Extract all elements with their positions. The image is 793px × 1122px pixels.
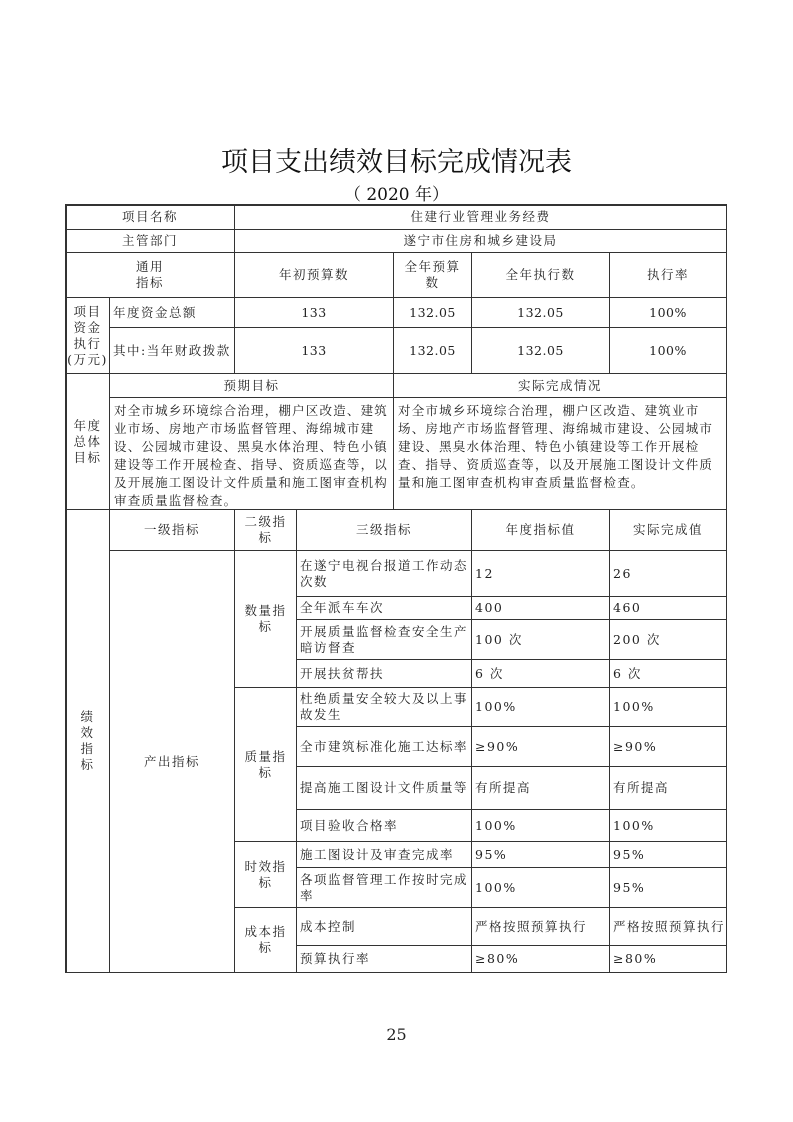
level3-indicator: 成本控制 [296,907,472,946]
level2-label: 质量指 标 [234,687,297,842]
expected-goal-text: 对全市城乡环境综合治理，棚户区改造、建筑业市场、房地产市场监督管理、海绵城市建设… [109,397,394,510]
actual-value: 100% [609,809,727,842]
department-value: 遂宁市住房和城乡建设局 [234,229,727,253]
level2-label-text: 数量指 标 [244,603,286,635]
funds-annual-budget-text: 132.05 [409,305,456,321]
level3-indicator: 全年派车车次 [296,596,472,620]
target-header-text: 年度指标值 [505,522,575,538]
funds-execution-rate: 100% [609,327,727,374]
target-value: ≥80% [471,945,610,973]
level3-header-text: 三级指标 [356,522,412,538]
actual-header-text: 实际完成值 [633,522,703,538]
level2-label: 成本指 标 [234,907,297,973]
level3-indicator: 项目验收合格率 [296,809,472,842]
level3-indicator: 预算执行率 [296,945,472,973]
target-value: 100% [471,687,610,727]
funds-initial-budget: 133 [234,297,394,328]
level3-indicator-text: 开展扶贫帮扶 [300,666,384,682]
target-value: 100% [471,867,610,908]
annual-execution-header-text: 全年执行数 [505,267,575,283]
actual-value: 100% [609,687,727,727]
target-value-text: 100% [475,699,517,715]
performance-table: 项目名称住建行业管理业务经费主管部门遂宁市住房和城乡建设局通用 指标年初预算数全… [66,205,727,973]
level1-output-label: 产出指标 [109,550,235,973]
project-name-value: 住建行业管理业务经费 [234,204,727,230]
target-value-text: 100% [475,880,517,896]
level3-indicator-text: 项目验收合格率 [300,818,398,834]
level3-indicator: 各项监督管理工作按时完成率 [296,867,472,908]
actual-value: 460 [609,596,727,620]
level2-label: 时效指 标 [234,841,297,908]
page-title: 项目支出绩效目标完成情况表 [0,140,793,179]
target-value-text: ≥80% [475,951,519,967]
level3-indicator: 开展质量监督检查安全生产暗访督查 [296,619,472,660]
execution-rate-header: 执行率 [609,252,727,298]
general-indicator-header: 通用 指标 [65,252,235,298]
actual-completion-header-text: 实际完成情况 [518,378,602,394]
annual-execution-header: 全年执行数 [471,252,610,298]
level3-indicator-text: 预算执行率 [300,951,370,967]
funds-row-label: 年度资金总额 [109,297,235,328]
expected-goal-header: 预期目标 [109,373,394,398]
funds-initial-budget-text: 133 [301,305,326,321]
level2-header: 二级指 标 [234,509,297,551]
actual-header: 实际完成值 [609,509,727,551]
funds-annual-budget: 132.05 [393,327,472,374]
expected-goal-text-text: 对全市城乡环境综合治理，棚户区改造、建筑业市场、房地产市场监督管理、海绵城市建设… [114,402,390,510]
level3-indicator: 全市建筑标准化施工达标率 [296,726,472,767]
department-label: 主管部门 [65,229,235,253]
actual-completion-text-text: 对全市城乡环境综合治理，棚户区改造、建筑业市场、房地产市场监督管理、海绵城市建设… [398,402,723,492]
funds-group-label-text: 项目 资金 执行 (万元) [67,304,108,368]
funds-annual-execution: 132.05 [471,297,610,328]
project-name-label-text: 项目名称 [122,209,178,225]
target-value-text: 400 [475,600,503,616]
project-name-value-text: 住建行业管理业务经费 [410,209,550,225]
funds-annual-execution-text: 132.05 [517,305,564,321]
target-value-text: 6 次 [475,666,504,682]
actual-value: 有所提高 [609,766,727,810]
level2-label-text: 成本指 标 [244,924,286,956]
target-value-text: 100% [475,818,517,834]
level3-indicator-text: 在遂宁电视台报道工作动态次数 [300,558,471,590]
actual-value: 6 次 [609,659,727,688]
funds-row-label: 其中:当年财政拨款 [109,327,235,374]
level3-indicator: 在遂宁电视台报道工作动态次数 [296,550,472,597]
level3-indicator: 提高施工图设计文件质量等 [296,766,472,810]
level2-header-text: 二级指 标 [244,514,286,546]
target-value-text: 有所提高 [475,780,531,796]
level3-indicator-text: 提高施工图设计文件质量等 [300,780,468,796]
target-header: 年度指标值 [471,509,610,551]
actual-value-text: 95% [613,880,645,896]
year-subtitle: （ 2020 年） [0,180,793,205]
level3-indicator: 施工图设计及审查完成率 [296,841,472,868]
target-value: ≥90% [471,726,610,767]
department-label-text: 主管部门 [122,233,178,249]
actual-value-text: 6 次 [613,666,642,682]
annual-budget-header: 全年预算 数 [393,252,472,298]
expected-goal-header-text: 预期目标 [223,378,279,394]
actual-value: 95% [609,867,727,908]
funds-initial-budget: 133 [234,327,394,374]
funds-execution-rate-text: 100% [649,343,687,359]
level1-output-label-text: 产出指标 [144,754,200,770]
level3-indicator-text: 开展质量监督检查安全生产暗访督查 [300,624,471,656]
actual-completion-text: 对全市城乡环境综合治理，棚户区改造、建筑业市场、房地产市场监督管理、海绵城市建设… [393,397,727,510]
actual-value-text: 200 次 [613,632,661,648]
performance-group-label-text: 绩 效 指 标 [80,709,94,773]
level2-label: 数量指 标 [234,550,297,688]
actual-value-text: 100% [613,699,655,715]
target-value: 6 次 [471,659,610,688]
level1-header-text: 一级指标 [144,522,200,538]
funds-annual-execution-text: 132.05 [517,343,564,359]
level3-indicator-text: 全市建筑标准化施工达标率 [300,739,468,755]
actual-value-text: ≥90% [613,739,657,755]
actual-value-text: ≥80% [613,951,657,967]
level1-header: 一级指标 [109,509,235,551]
level2-label-text: 时效指 标 [244,859,286,891]
funds-annual-budget-text: 132.05 [409,343,456,359]
actual-value: 95% [609,841,727,868]
target-value-text: 12 [475,566,494,582]
execution-rate-header-text: 执行率 [647,267,689,283]
level3-indicator: 杜绝质量安全较大及以上事故发生 [296,687,472,727]
target-value-text: 严格按照预算执行 [475,919,587,935]
general-indicator-header-text: 通用 指标 [136,259,164,291]
actual-value-text: 460 [613,600,641,616]
target-value-text: 95% [475,847,507,863]
target-value-text: 100 次 [475,632,523,648]
annual-budget-header-text: 全年预算 数 [404,259,460,291]
actual-value: ≥80% [609,945,727,973]
actual-value-text: 95% [613,847,645,863]
target-value: 严格按照预算执行 [471,907,610,946]
level3-indicator-text: 杜绝质量安全较大及以上事故发生 [300,691,471,723]
target-value: 有所提高 [471,766,610,810]
level2-label-text: 质量指 标 [244,749,286,781]
actual-value-text: 26 [613,566,632,582]
funds-annual-execution: 132.05 [471,327,610,374]
performance-group-label: 绩 效 指 标 [65,509,110,973]
level3-header: 三级指标 [296,509,472,551]
level3-indicator: 开展扶贫帮扶 [296,659,472,688]
funds-initial-budget-text: 133 [301,343,326,359]
funds-execution-rate-text: 100% [649,305,687,321]
level3-indicator-text: 各项监督管理工作按时完成率 [300,872,471,904]
target-value: 100 次 [471,619,610,660]
project-name-label: 项目名称 [65,204,235,230]
target-value: 95% [471,841,610,868]
funds-annual-budget: 132.05 [393,297,472,328]
initial-budget-header-text: 年初预算数 [279,267,349,283]
target-value: 100% [471,809,610,842]
actual-value-text: 有所提高 [613,780,669,796]
funds-execution-rate: 100% [609,297,727,328]
department-value-text: 遂宁市住房和城乡建设局 [403,233,557,249]
actual-value-text: 严格按照预算执行 [613,919,725,935]
initial-budget-header: 年初预算数 [234,252,394,298]
actual-completion-header: 实际完成情况 [393,373,727,398]
actual-value: 26 [609,550,727,597]
funds-row-label-text: 其中:当年财政拨款 [113,343,231,359]
level3-indicator-text: 全年派车车次 [300,600,384,616]
funds-group-label: 项目 资金 执行 (万元) [65,297,110,374]
actual-value: 200 次 [609,619,727,660]
actual-value: ≥90% [609,726,727,767]
actual-value-text: 100% [613,818,655,834]
level3-indicator-text: 成本控制 [300,919,356,935]
funds-row-label-text: 年度资金总额 [113,305,197,321]
annual-goal-group-label: 年度 总体 目标 [65,373,110,510]
actual-value: 严格按照预算执行 [609,907,727,946]
page-number: 25 [0,1025,793,1044]
target-value: 400 [471,596,610,620]
target-value: 12 [471,550,610,597]
level3-indicator-text: 施工图设计及审查完成率 [300,847,454,863]
annual-goal-group-label-text: 年度 总体 目标 [73,418,101,466]
target-value-text: ≥90% [475,739,519,755]
